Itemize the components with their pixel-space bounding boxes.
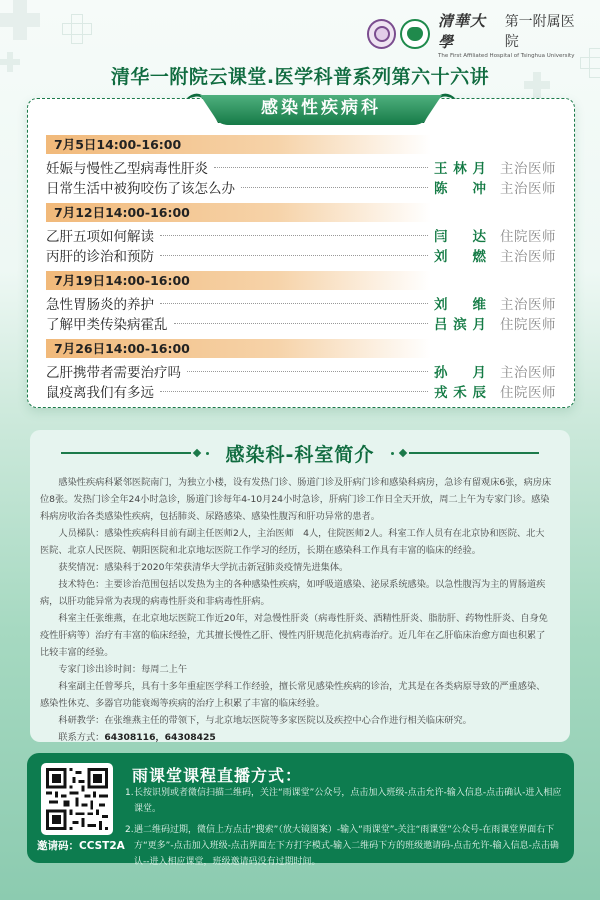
hospital-seal-icon xyxy=(400,19,429,49)
qr-code-icon[interactable] xyxy=(41,763,113,835)
hospital-english-name: The First Affiliated Hospital of Tsinghu… xyxy=(438,53,587,59)
dotted-leader xyxy=(160,303,428,304)
speaker-title: 主治医师 xyxy=(486,245,556,265)
hospital-name: 第一附属医院 xyxy=(505,11,587,51)
tsinghua-university-seal-icon xyxy=(367,19,396,49)
step-number: 1. xyxy=(125,785,134,817)
dotted-leader xyxy=(241,187,428,188)
diamond-icon xyxy=(192,449,200,457)
speaker-title: 主治医师 xyxy=(486,157,556,177)
speaker-title: 主治医师 xyxy=(486,177,556,197)
session: 7月19日14:00-16:00 急性胃肠炎的养护 刘维 主治医师 了解甲类传染… xyxy=(46,271,556,333)
speaker-name: 吕滨月 xyxy=(434,313,486,333)
talk-row: 了解甲类传染病霍乱 吕滨月 住院医师 xyxy=(46,313,556,333)
intro-paragraph: 感染性疾病科紧邻医院南门，为独立小楼，设有发热门诊、肠道门诊及肝病门诊和感染科病… xyxy=(40,474,552,525)
live-stream-card: 邀请码：CCST2A 雨课堂课程直播方式： 1. 长按识别或者微信扫描二维码，关… xyxy=(27,753,574,863)
speaker-name: 陈冲 xyxy=(434,177,486,197)
dotted-leader xyxy=(160,391,428,392)
step-number: 2. xyxy=(125,822,134,870)
invite-label: 邀请码： xyxy=(37,840,79,852)
step-text: 遇二维码过期，微信上方点击“搜索”（放大镜图案）-输入“雨课堂”-关注“雨课堂”… xyxy=(134,822,565,870)
talk-title: 丙肝的诊治和预防 xyxy=(46,245,154,265)
speaker-title: 住院医师 xyxy=(486,381,556,401)
dotted-leader xyxy=(187,371,428,372)
intro-paragraph: 获奖情况：感染科于2020年荣获清华大学抗击新冠肺炎疫情先进集体。 xyxy=(40,559,552,576)
contact-line: 联系方式：64308116，64308425 xyxy=(40,729,552,746)
session-date: 7月5日14:00-16:00 xyxy=(46,135,431,154)
speaker-title: 住院医师 xyxy=(486,313,556,333)
talk-title: 日常生活中被狗咬伤了该怎么办 xyxy=(46,177,235,197)
live-step: 1. 长按识别或者微信扫描二维码，关注“雨课堂”公众号，点击加入班级-点击允许-… xyxy=(125,785,565,817)
talk-row: 丙肝的诊治和预防 刘燃 主治医师 xyxy=(46,245,556,265)
schedule-card: 感染性疾病科 7月5日14:00-16:00 妊娠与慢性乙型病毒性肝炎 王林月 … xyxy=(27,98,575,408)
speaker-title: 主治医师 xyxy=(486,361,556,381)
talk-title: 鼠疫离我们有多远 xyxy=(46,381,154,401)
intro-paragraph: 科研教学：在张维燕主任的带领下，与北京地坛医院等多家医院以及疾控中心合作进行相关… xyxy=(40,712,552,729)
speaker-title: 住院医师 xyxy=(486,225,556,245)
session: 7月5日14:00-16:00 妊娠与慢性乙型病毒性肝炎 王林月 主治医师 日常… xyxy=(46,135,556,197)
department-intro-card: 感染科-科室简介 感染性疾病科紧邻医院南门，为独立小楼，设有发热门诊、肠道门诊及… xyxy=(30,430,570,742)
decorative-cross-icon xyxy=(0,0,40,40)
intro-title: 感染科-科室简介 xyxy=(226,440,375,467)
step-text: 长按识别或者微信扫描二维码，关注“雨课堂”公众号，点击加入班级-点击允许-输入信… xyxy=(134,785,565,817)
talk-row: 鼠疫离我们有多远 戎禾辰 住院医师 xyxy=(46,381,556,401)
session: 7月12日14:00-16:00 乙肝五项如何解读 闫达 住院医师 丙肝的诊治和… xyxy=(46,203,556,265)
department-name: 感染性疾病科 xyxy=(186,93,456,118)
speaker-name: 孙月 xyxy=(434,361,486,381)
invite-code: 邀请码：CCST2A xyxy=(37,838,125,853)
talk-title: 了解甲类传染病霍乱 xyxy=(46,313,168,333)
session: 7月26日14:00-16:00 乙肝携带者需要治疗吗 孙月 主治医师 鼠疫离我… xyxy=(46,339,556,401)
intro-paragraph: 人员梯队：感染性疾病科目前有副主任医师2人，主治医师 4人，住院医师2人。科室工… xyxy=(40,525,552,559)
talk-title: 乙肝携带者需要治疗吗 xyxy=(46,361,181,381)
talk-row: 妊娠与慢性乙型病毒性肝炎 王林月 主治医师 xyxy=(46,157,556,177)
dot-icon xyxy=(391,452,394,455)
talk-title: 急性胃肠炎的养护 xyxy=(46,293,154,313)
contact-phones: 64308116，64308425 xyxy=(104,732,215,743)
speaker-title: 主治医师 xyxy=(486,293,556,313)
speaker-name: 刘燃 xyxy=(434,245,486,265)
dotted-leader xyxy=(160,235,428,236)
diamond-icon xyxy=(399,449,407,457)
intro-heading: 感染科-科室简介 xyxy=(30,438,570,468)
talk-title: 乙肝五项如何解读 xyxy=(46,225,154,245)
talk-title: 妊娠与慢性乙型病毒性肝炎 xyxy=(46,157,208,177)
session-date: 7月12日14:00-16:00 xyxy=(46,203,431,222)
session-date: 7月19日14:00-16:00 xyxy=(46,271,431,290)
dotted-leader xyxy=(214,167,428,168)
talk-row: 乙肝携带者需要治疗吗 孙月 主治医师 xyxy=(46,361,556,381)
intro-paragraph: 专家门诊出诊时间：每周二上午 xyxy=(40,661,552,678)
talk-row: 乙肝五项如何解读 闫达 住院医师 xyxy=(46,225,556,245)
live-title: 雨课堂课程直播方式： xyxy=(132,763,302,786)
session-list: 7月5日14:00-16:00 妊娠与慢性乙型病毒性肝炎 王林月 主治医师 日常… xyxy=(46,135,556,407)
intro-paragraph: 技术特色：主要诊治范围包括以发热为主的各种感染性疾病，如呼吸道感染、泌尿系统感染… xyxy=(40,576,552,610)
speaker-name: 戎禾辰 xyxy=(434,381,486,401)
decorative-cross-icon xyxy=(62,14,90,42)
live-steps: 1. 长按识别或者微信扫描二维码，关注“雨课堂”公众号，点击加入班级-点击允许-… xyxy=(125,785,565,875)
talk-row: 日常生活中被狗咬伤了该怎么办 陈冲 主治医师 xyxy=(46,177,556,197)
divider xyxy=(409,452,539,454)
speaker-name: 闫达 xyxy=(434,225,486,245)
talk-row: 急性胃肠炎的养护 刘维 主治医师 xyxy=(46,293,556,313)
intro-paragraph: 科室主任张维燕，在北京地坛医院工作近20年，对急慢性肝炎（病毒性肝炎、酒精性肝炎… xyxy=(40,610,552,661)
live-step: 2. 遇二维码过期，微信上方点击“搜索”（放大镜图案）-输入“雨课堂”-关注“雨… xyxy=(125,822,565,870)
hospital-logo: 清華大學 第一附属医院 The First Affiliated Hospita… xyxy=(367,18,587,50)
dot-icon xyxy=(206,452,209,455)
dotted-leader xyxy=(160,255,428,256)
intro-paragraph: 科室副主任曾琴兵，具有十多年重症医学科工作经验，擅长常见感染性疾病的诊治，尤其是… xyxy=(40,678,552,712)
department-ribbon: 感染性疾病科 xyxy=(186,89,456,127)
university-calligraphy: 清華大學 xyxy=(438,10,501,52)
session-date: 7月26日14:00-16:00 xyxy=(46,339,431,358)
page-title: 清华一附院云课堂.医学科普系列第六十六讲 xyxy=(0,62,600,89)
speaker-name: 刘维 xyxy=(434,293,486,313)
contact-label: 联系方式： xyxy=(58,732,104,743)
speaker-name: 王林月 xyxy=(434,157,486,177)
dotted-leader xyxy=(174,323,429,324)
invite-code-value: CCST2A xyxy=(79,840,125,852)
divider xyxy=(61,452,191,454)
intro-body: 感染性疾病科紧邻医院南门，为独立小楼，设有发热门诊、肠道门诊及肝病门诊和感染科病… xyxy=(40,474,552,746)
